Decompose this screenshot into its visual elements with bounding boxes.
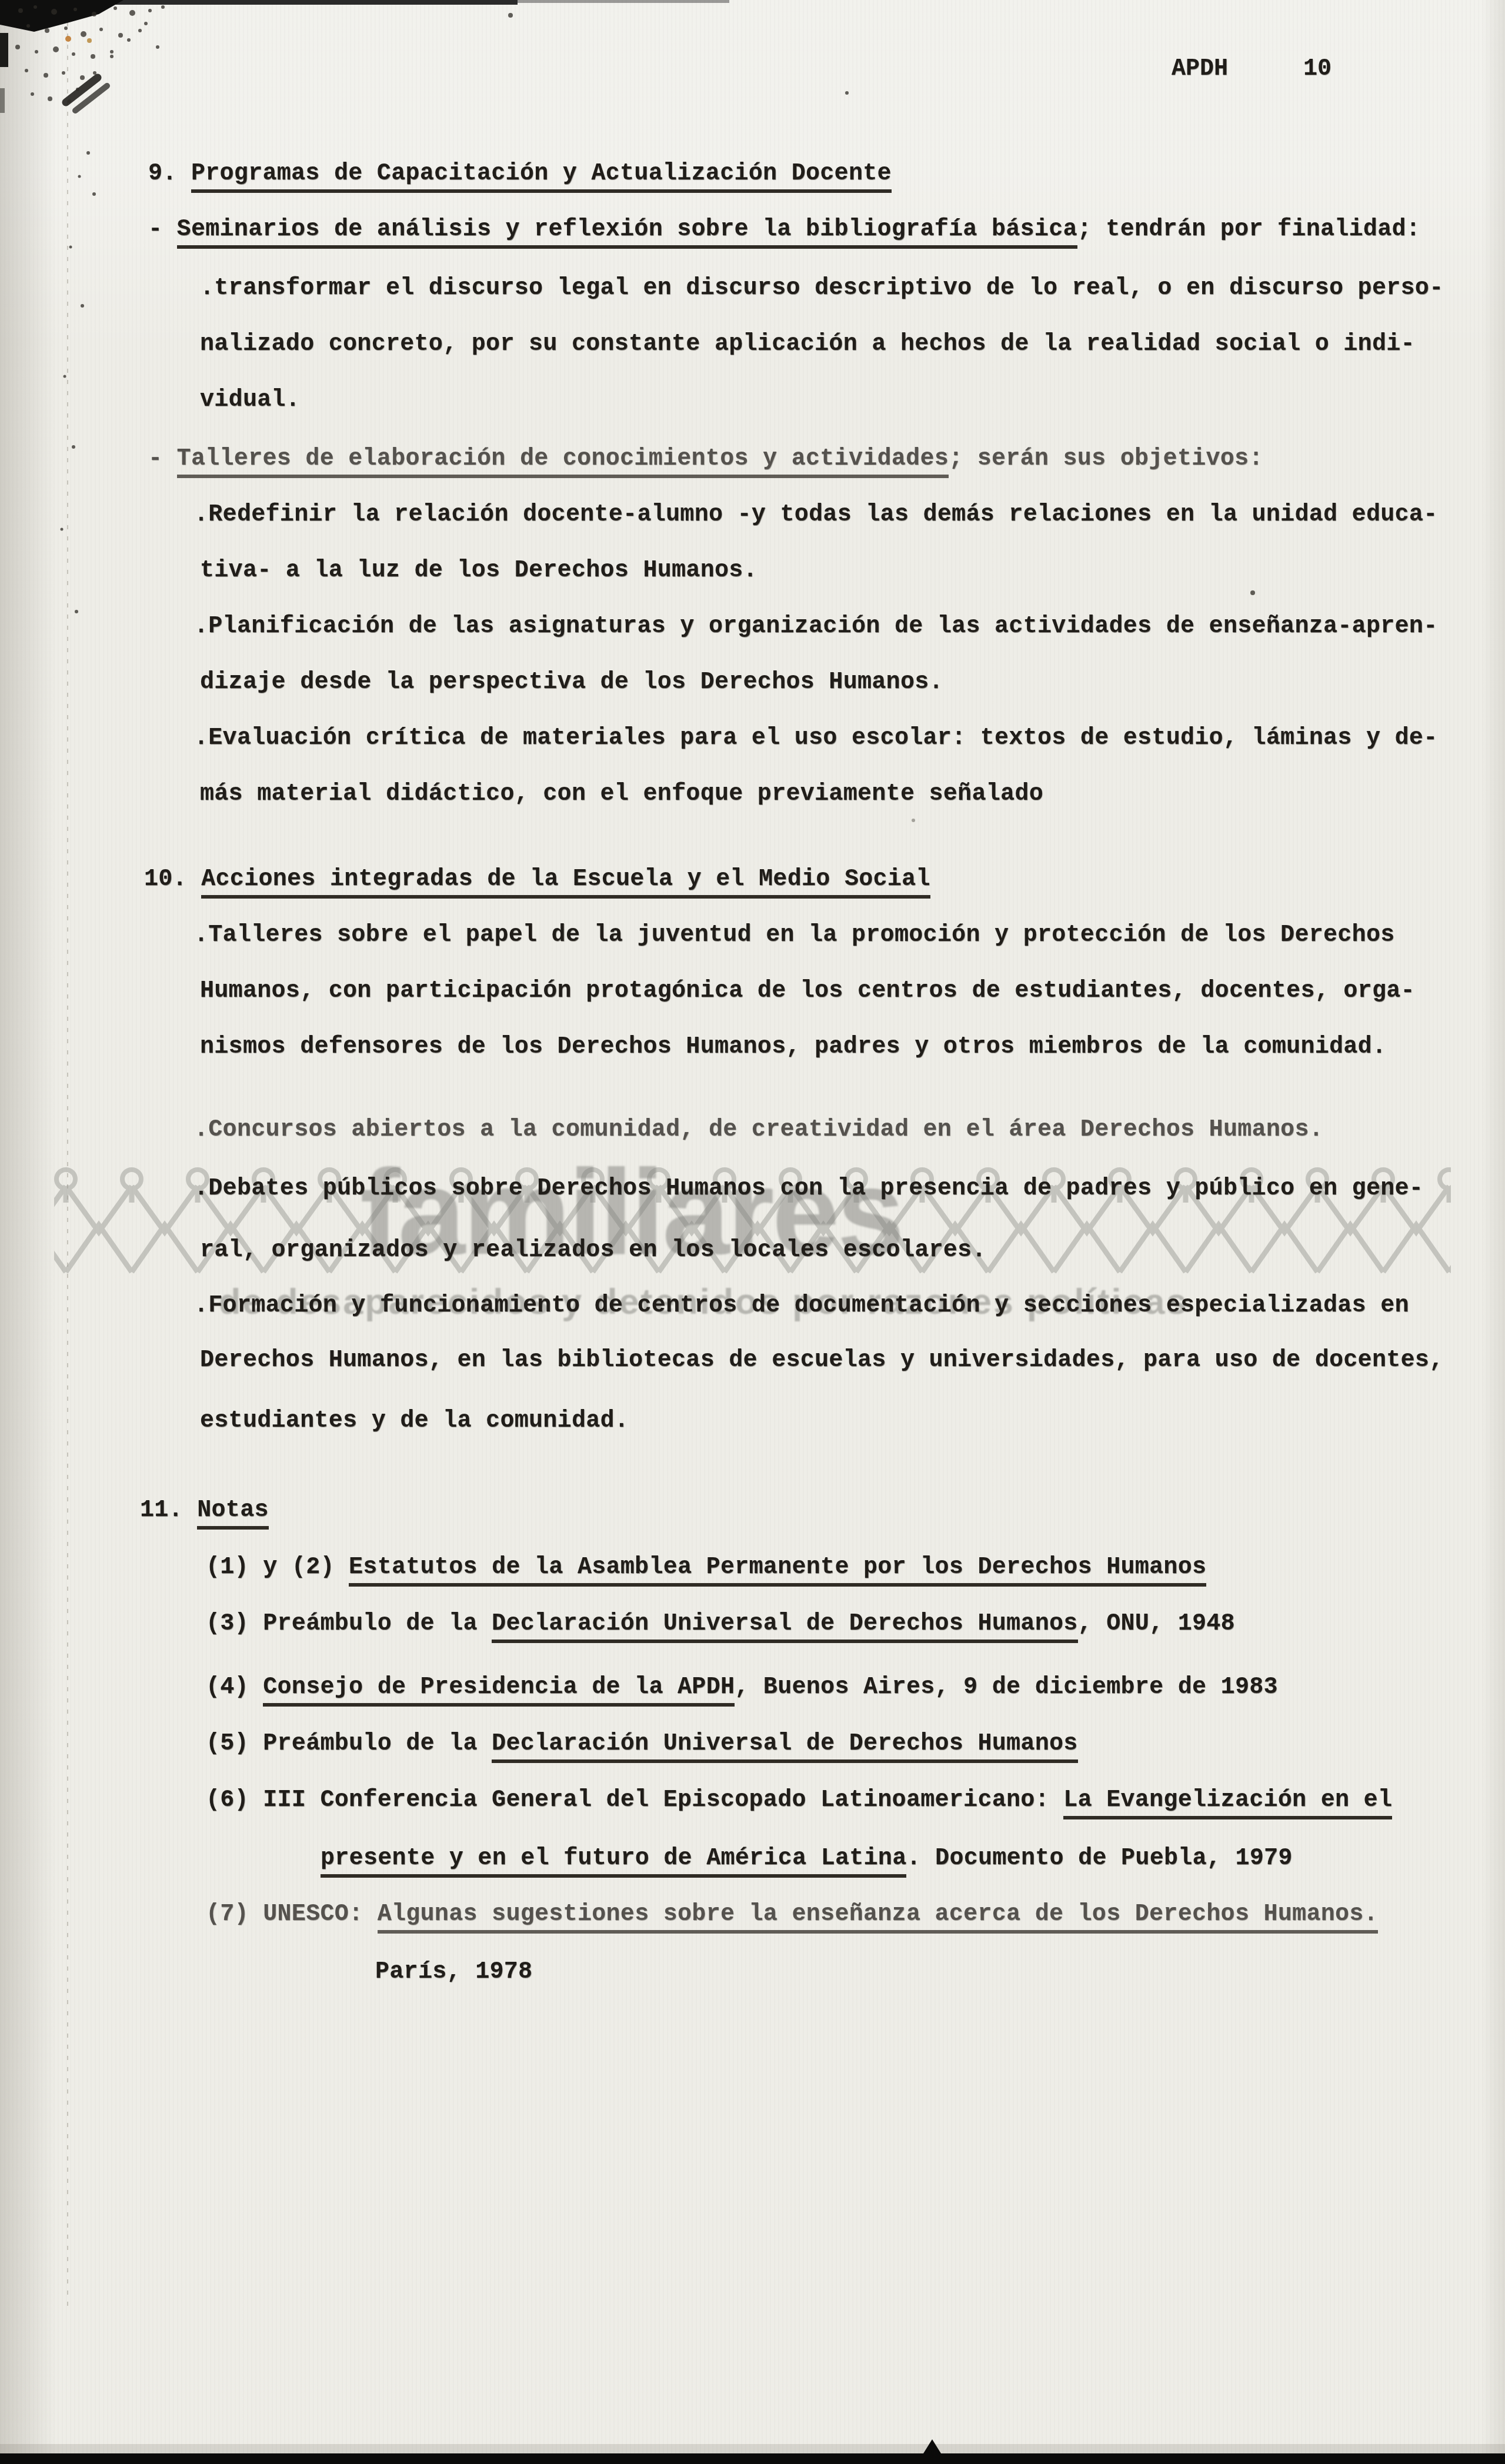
text-line: (1) y (2) Estatutos de la Asamblea Perma…	[206, 1554, 1206, 1582]
text-line: nismos defensores de los Derechos Humano…	[200, 1033, 1386, 1061]
underlined-text: Consejo de Presidencia de la APDH	[263, 1674, 735, 1707]
text-line: .Formación y funcionamiento de centros d…	[194, 1292, 1409, 1320]
text-segment: .Talleres sobre el papel de la juventud …	[194, 922, 1395, 949]
text-line: nalizado concreto, por su constante apli…	[200, 330, 1415, 359]
text-segment: (3) Preámbulo de la	[206, 1611, 492, 1637]
text-segment: nalizado concreto, por su constante apli…	[200, 331, 1415, 358]
text-line: París, 1978	[375, 1958, 532, 1986]
text-line: .Redefinir la relación docente-alumno -y…	[194, 501, 1437, 529]
text-segment: , Buenos Aires, 9 de diciembre de 1983	[735, 1674, 1278, 1701]
text-segment: Humanos, con participación protagónica d…	[200, 978, 1415, 1004]
text-segment: tiva- a la luz de los Derechos Humanos.	[200, 557, 757, 584]
text-line: - Seminarios de análisis y reflexión sob…	[148, 216, 1420, 244]
text-segment: (7) UNESCO:	[206, 1901, 378, 1928]
text-line: más material didáctico, con el enfoque p…	[200, 780, 1043, 809]
text-segment: dizaje desde la perspectiva de los Derec…	[200, 669, 943, 696]
text-segment: ; serán sus objetivos:	[949, 446, 1263, 472]
underlined-text: presente y en el futuro de América Latin…	[321, 1845, 906, 1878]
text-segment: .Concursos abiertos a la comunidad, de c…	[194, 1117, 1323, 1143]
text-segment: más material didáctico, con el enfoque p…	[200, 781, 1043, 807]
text-segment: , ONU, 1948	[1078, 1611, 1235, 1637]
text-line: 9. Programas de Capacitación y Actualiza…	[148, 160, 892, 188]
text-line: (4) Consejo de Presidencia de la APDH, B…	[206, 1674, 1278, 1702]
text-segment: (1) y (2)	[206, 1554, 349, 1581]
underlined-text: Talleres de elaboración de conocimientos…	[177, 446, 949, 478]
text-line: presente y en el futuro de América Latin…	[321, 1845, 1293, 1873]
text-segment: .Planificación de las asignaturas y orga…	[194, 613, 1437, 640]
text-segment: París, 1978	[375, 1959, 532, 1985]
text-line: .Evaluación crítica de materiales para e…	[194, 724, 1437, 753]
text-line: .Planificación de las asignaturas y orga…	[194, 613, 1437, 641]
text-segment: .Debates públicos sobre Derechos Humanos…	[194, 1176, 1423, 1202]
text-segment: ; tendrán por finalidad:	[1077, 216, 1420, 243]
underlined-text: Seminarios de análisis y reflexión sobre…	[177, 216, 1077, 249]
text-line: (7) UNESCO: Algunas sugestiones sobre la…	[206, 1901, 1378, 1929]
text-segment: (4)	[206, 1674, 263, 1701]
scanned-document-page: { "colors": { "paper": "#eeede7", "ink":…	[0, 0, 1505, 2464]
underlined-text: Declaración Universal de Derechos Humano…	[492, 1731, 1077, 1763]
text-line: (6) III Conferencia General del Episcopa…	[206, 1787, 1392, 1815]
text-line: .transformar el discurso legal en discur…	[200, 275, 1443, 303]
document-text-layer: 9. Programas de Capacitación y Actualiza…	[0, 0, 1505, 2464]
text-segment: .Redefinir la relación docente-alumno -y…	[194, 502, 1437, 528]
text-line: estudiantes y de la comunidad.	[200, 1407, 629, 1435]
text-segment: ral, organizados y realizados en los loc…	[200, 1237, 986, 1264]
underlined-text: Algunas sugestiones sobre la enseñanza a…	[378, 1901, 1378, 1934]
underlined-text: Estatutos de la Asamblea Permanente por …	[349, 1554, 1206, 1587]
underlined-text: Declaración Universal de Derechos Humano…	[492, 1611, 1077, 1643]
text-line: dizaje desde la perspectiva de los Derec…	[200, 669, 943, 697]
text-segment: (5) Preámbulo de la	[206, 1731, 492, 1757]
text-segment: .Formación y funcionamiento de centros d…	[194, 1293, 1409, 1319]
text-segment: .Evaluación crítica de materiales para e…	[194, 725, 1437, 752]
text-line: .Concursos abiertos a la comunidad, de c…	[194, 1116, 1323, 1144]
underlined-text: Notas	[197, 1497, 269, 1530]
text-line: Humanos, con participación protagónica d…	[200, 977, 1415, 1006]
text-line: tiva- a la luz de los Derechos Humanos.	[200, 557, 757, 585]
text-segment: 11.	[140, 1497, 197, 1524]
text-segment: nismos defensores de los Derechos Humano…	[200, 1034, 1386, 1060]
text-segment: .transformar el discurso legal en discur…	[200, 275, 1443, 302]
text-segment: 9.	[148, 161, 191, 187]
text-segment: 10.	[144, 866, 201, 893]
text-segment: estudiantes y de la comunidad.	[200, 1408, 629, 1434]
text-segment: vidual.	[200, 387, 300, 413]
text-line: .Debates públicos sobre Derechos Humanos…	[194, 1175, 1423, 1203]
text-line: - Talleres de elaboración de conocimient…	[148, 445, 1263, 473]
text-line: (5) Preámbulo de la Declaración Universa…	[206, 1730, 1078, 1758]
text-line: (3) Preámbulo de la Declaración Universa…	[206, 1610, 1235, 1638]
text-line: vidual.	[200, 386, 300, 415]
text-line: ral, organizados y realizados en los loc…	[200, 1237, 986, 1265]
text-segment: Derechos Humanos, en las bibliotecas de …	[200, 1347, 1443, 1374]
text-line: Derechos Humanos, en las bibliotecas de …	[200, 1347, 1443, 1375]
text-line: 11. Notas	[140, 1497, 269, 1525]
text-segment: -	[148, 446, 177, 472]
underlined-text: Acciones integradas de la Escuela y el M…	[201, 866, 930, 899]
underlined-text: Programas de Capacitación y Actualizació…	[191, 161, 892, 193]
text-segment: (6) III Conferencia General del Episcopa…	[206, 1787, 1063, 1814]
text-segment: -	[148, 216, 177, 243]
text-line: 10. Acciones integradas de la Escuela y …	[144, 866, 930, 894]
text-line: .Talleres sobre el papel de la juventud …	[194, 922, 1395, 950]
text-segment: . Documento de Puebla, 1979	[906, 1845, 1292, 1872]
underlined-text: La Evangelización en el	[1063, 1787, 1392, 1819]
